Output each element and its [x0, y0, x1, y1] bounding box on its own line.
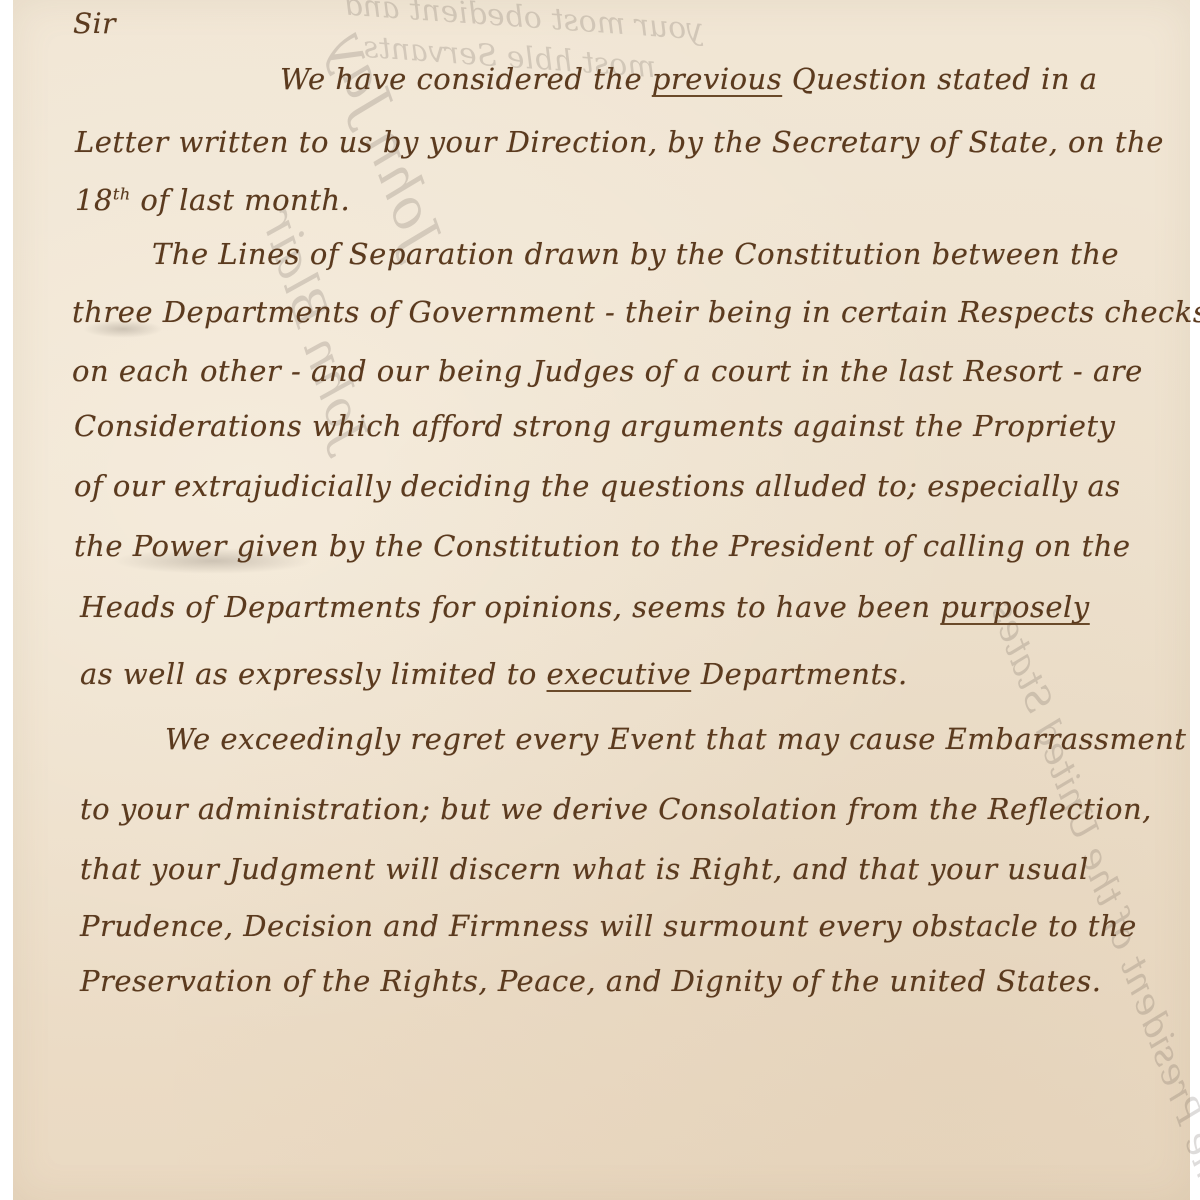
underlined-word: previous [652, 62, 782, 96]
letter-line-6: on each other - and our being Judges of … [72, 357, 1143, 386]
letter-line-5: three Departments of Government - their … [72, 298, 1200, 327]
document-scan: your most obedient and most hble Servant… [0, 0, 1200, 1200]
bleed-through-text: your most obedient and [342, 0, 704, 48]
letter-line-2: Letter written to us by your Direction, … [75, 128, 1164, 157]
letter-line-16: Preservation of the Rights, Peace, and D… [80, 967, 1101, 996]
underlined-word: executive [547, 657, 692, 691]
letter-line-14: that your Judgment will discern what is … [80, 855, 1089, 884]
letter-line-3: 18th of last month. [75, 186, 350, 215]
letter-line-13: to your administration; but we derive Co… [80, 795, 1152, 824]
underlined-word: purposely [940, 590, 1089, 624]
salutation: Sir [73, 10, 116, 38]
bleed-through-address: The President of the United States [982, 596, 1200, 1200]
letter-line-1: We have considered the previous Question… [280, 65, 1098, 94]
letter-line-9: the Power given by the Constitution to t… [74, 532, 1131, 561]
letter-line-12: We exceedingly regret every Event that m… [165, 725, 1186, 754]
letter-line-4: The Lines of Separation drawn by the Con… [152, 240, 1119, 269]
letter-line-7: Considerations which afford strong argum… [74, 412, 1115, 441]
letter-line-11: as well as expressly limited to executiv… [80, 660, 908, 689]
letter-line-10: Heads of Departments for opinions, seems… [80, 593, 1090, 622]
letter-line-8: of our extrajudicially deciding the ques… [74, 472, 1121, 501]
letter-line-15: Prudence, Decision and Firmness will sur… [80, 912, 1137, 941]
